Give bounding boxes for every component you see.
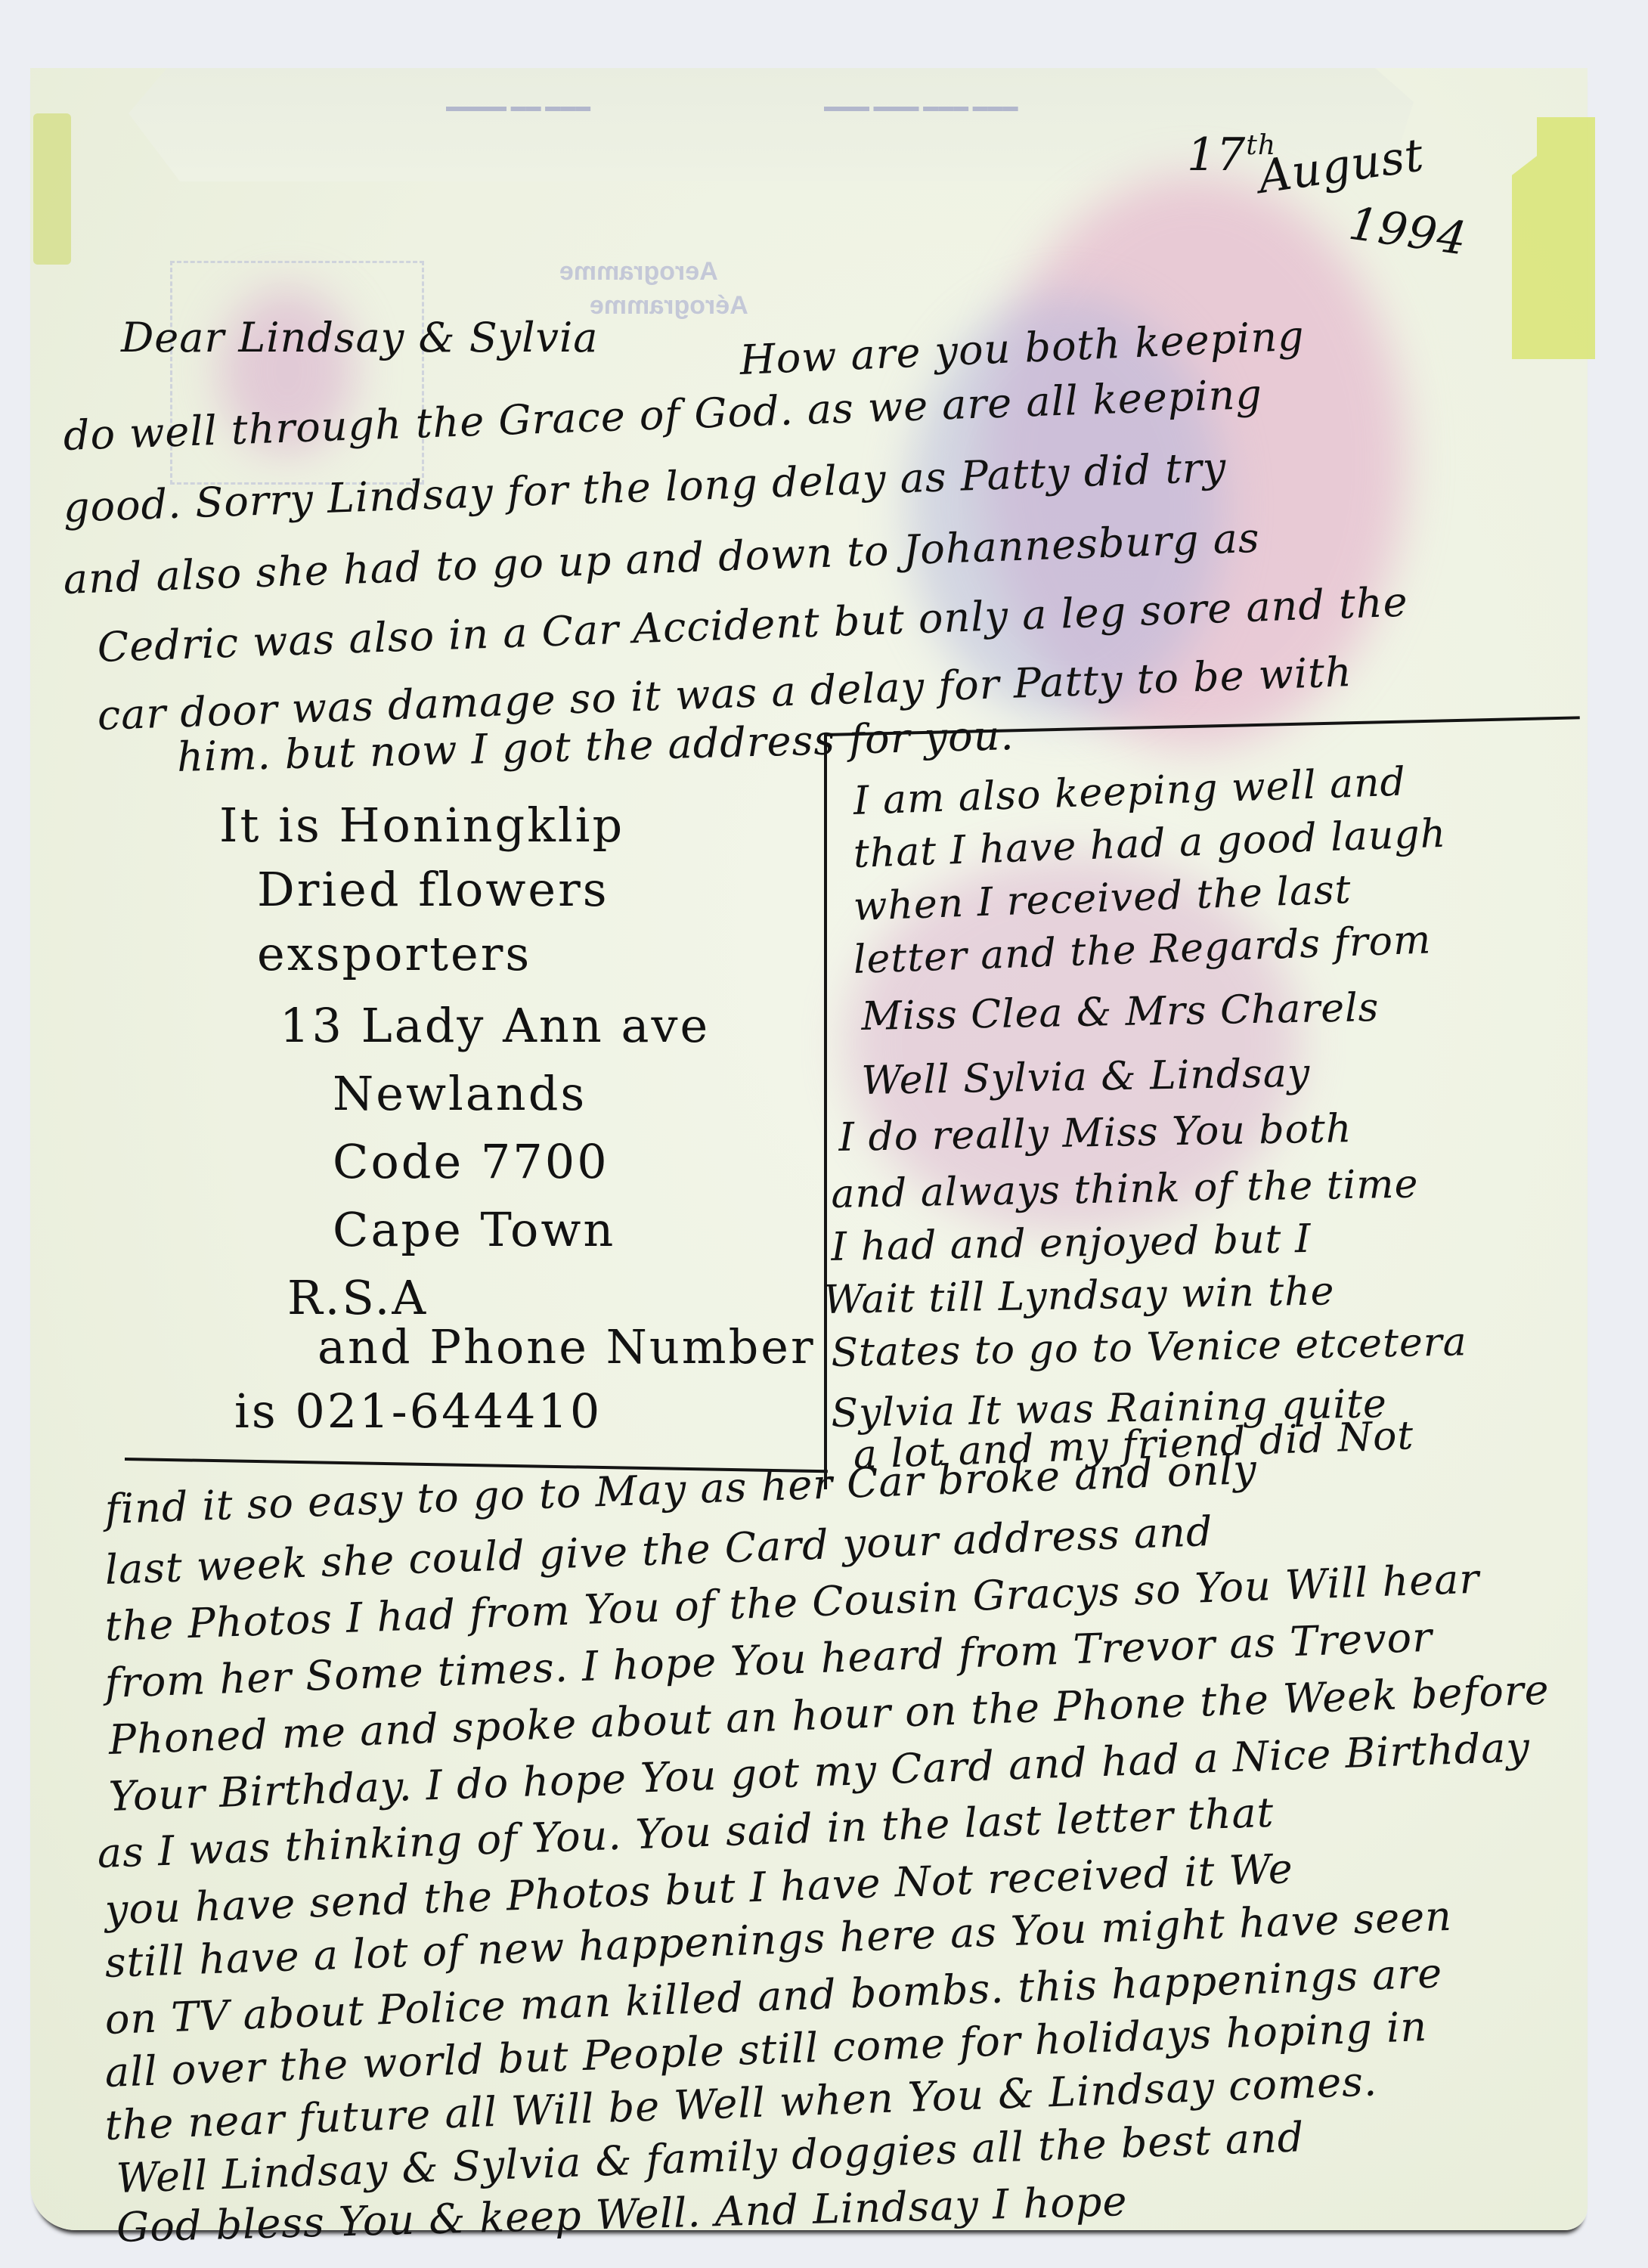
- handwritten-line: Miss Clea & Mrs Charels: [861, 985, 1380, 1039]
- handwritten-line: exsporters: [257, 926, 531, 981]
- box-vertical-rule: [824, 733, 827, 1489]
- handwritten-line: Well Sylvia & Lindsay: [861, 1051, 1311, 1104]
- handwritten-line: I had and enjoyed but I: [831, 1216, 1312, 1270]
- bleed-through-text: ▬▬▬ ▬▬▬ ▬▬▬ ▬▬▬: [824, 98, 1018, 116]
- handwritten-line: 13 Lady Ann ave: [280, 998, 710, 1053]
- tape-left: [33, 113, 71, 265]
- handwritten-line: It is Honingklip: [219, 798, 624, 853]
- handwritten-line: Newlands: [333, 1066, 587, 1121]
- handwritten-line: is 021-644410: [234, 1383, 602, 1439]
- handwritten-line: Wait till Lyndsay win the: [823, 1269, 1335, 1323]
- aerogramme-bleed-fr: Aérogramme: [590, 291, 748, 321]
- handwritten-line: R.S.A: [287, 1270, 428, 1325]
- handwritten-line: I do really Miss You both: [838, 1106, 1352, 1160]
- bleed-through-text: ▬▬▬ ▬▬ ▬▬▬▬: [446, 98, 590, 116]
- handwritten-line: Dried flowers: [257, 862, 609, 917]
- salutation: Dear Lindsay & Sylvia: [121, 314, 598, 361]
- handwritten-line: Code 7700: [333, 1134, 609, 1189]
- handwritten-line: Cape Town: [333, 1202, 615, 1257]
- handwritten-line: and Phone Number: [318, 1319, 816, 1374]
- aerogramme-bleed: Aerogramme: [559, 257, 718, 287]
